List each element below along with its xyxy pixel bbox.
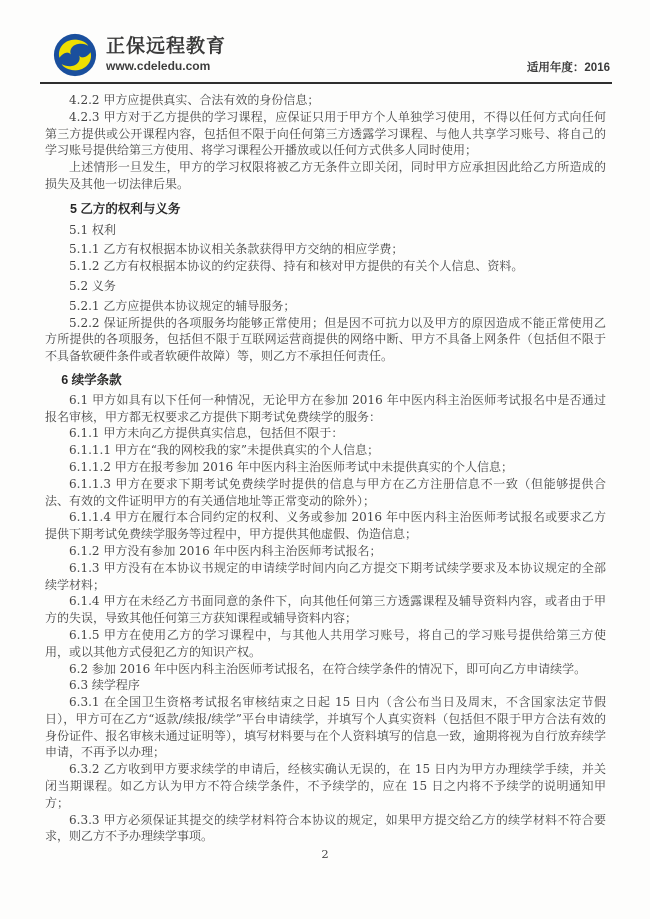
clause-6-3-2: 6.3.2 乙方收到甲方要求续学的申请后，经核实确认无误的，在 15 日内为甲方… — [45, 761, 606, 811]
clause-6-3: 6.3 续学程序 — [45, 677, 606, 694]
logo-text: 正保远程教育 www.cdeledu.com — [106, 37, 226, 73]
clause-4-2-3: 4.2.3 甲方对于乙方提供的学习课程，应保证只用于甲方个人单独学习使用，不得以… — [45, 109, 606, 159]
clause-6-1-2: 6.1.2 甲方没有参加 2016 年中医内科主治医师考试报名； — [45, 543, 606, 560]
clause-6-3-1: 6.3.1 在全国卫生资格考试报名审核结束之日起 15 日内（含公布当日及周末，… — [45, 694, 606, 761]
page-header: 正保远程教育 www.cdeledu.com 适用年度：2016 — [0, 0, 650, 82]
clause-6-1-1-2: 6.1.1.2 甲方在报考参加 2016 年中医内科主治医师考试中未提供真实的个… — [45, 459, 606, 476]
clause-5-2-2: 5.2.2 保证所提供的各项服务均能够正常使用；但是因不可抗力以及甲方的原因造成… — [45, 315, 606, 365]
section-heading-6: 6 续学条款 — [45, 372, 606, 389]
clause-5-1-1: 5.1.1 乙方有权根据本协议相关条款获得甲方交纳的相应学费； — [45, 241, 606, 258]
clause-4-2-3-note: 上述情形一旦发生，甲方的学习权限将被乙方无条件立即关闭，同时甲方应承担因此给乙方… — [45, 159, 606, 193]
document-body: 4.2.2 甲方应提供真实、合法有效的身份信息； 4.2.3 甲方对于乙方提供的… — [0, 84, 650, 845]
contract-page: 正保远程教育 www.cdeledu.com 适用年度：2016 4.2.2 甲… — [0, 0, 650, 919]
logo-name: 正保远程教育 — [106, 37, 226, 58]
clause-5-2-1: 5.2.1 乙方应提供本协议规定的辅导服务； — [45, 298, 606, 315]
clause-5-1: 5.1 权利 — [45, 222, 606, 239]
section-heading-5: 5 乙方的权利与义务 — [45, 201, 606, 218]
clause-6-1: 6.1 甲方如具有以下任何一种情况，无论甲方在参加 2016 年中医内科主治医师… — [45, 392, 606, 426]
clause-5-2: 5.2 义务 — [45, 278, 606, 295]
page-number: 2 — [0, 847, 650, 861]
clause-6-1-1-1: 6.1.1.1 甲方在“我的网校我的家”未提供真实的个人信息； — [45, 442, 606, 459]
cdel-logo-icon — [53, 33, 97, 77]
logo: 正保远程教育 www.cdeledu.com — [53, 33, 226, 77]
clause-6-1-3: 6.1.3 甲方没有在本协议书规定的申请续学时间内向乙方提交下期考试续学要求及本… — [45, 560, 606, 594]
clause-6-2: 6.2 参加 2016 年中医内科主治医师考试报名，在符合续学条件的情况下，即可… — [45, 661, 606, 678]
clause-6-1-4: 6.1.4 甲方在未经乙方书面同意的条件下，向其他任何第三方透露课程及辅导资料内… — [45, 593, 606, 627]
clause-4-2-2: 4.2.2 甲方应提供真实、合法有效的身份信息； — [45, 92, 606, 109]
clause-6-1-1: 6.1.1 甲方未向乙方提供真实信息，包括但不限于： — [45, 425, 606, 442]
clause-6-1-1-4: 6.1.1.4 甲方在履行本合同约定的权利、义务或参加 2016 年中医内科主治… — [45, 509, 606, 543]
clause-6-3-3: 6.3.3 甲方必须保证其提交的续学材料符合本协议的规定，如果甲方提交给乙方的续… — [45, 812, 606, 846]
logo-url: www.cdeledu.com — [106, 60, 226, 73]
clause-6-1-1-3: 6.1.1.3 甲方在要求下期考试免费续学时提供的信息与甲方在乙方注册信息不一致… — [45, 476, 606, 510]
clause-6-1-5: 6.1.5 甲方在使用乙方的学习课程中，与其他人共用学习账号，将自己的学习账号提… — [45, 627, 606, 661]
clause-5-1-2: 5.1.2 乙方有权根据本协议的约定获得、持有和核对甲方提供的有关个人信息、资料… — [45, 258, 606, 275]
applicable-year-label: 适用年度：2016 — [527, 59, 610, 77]
